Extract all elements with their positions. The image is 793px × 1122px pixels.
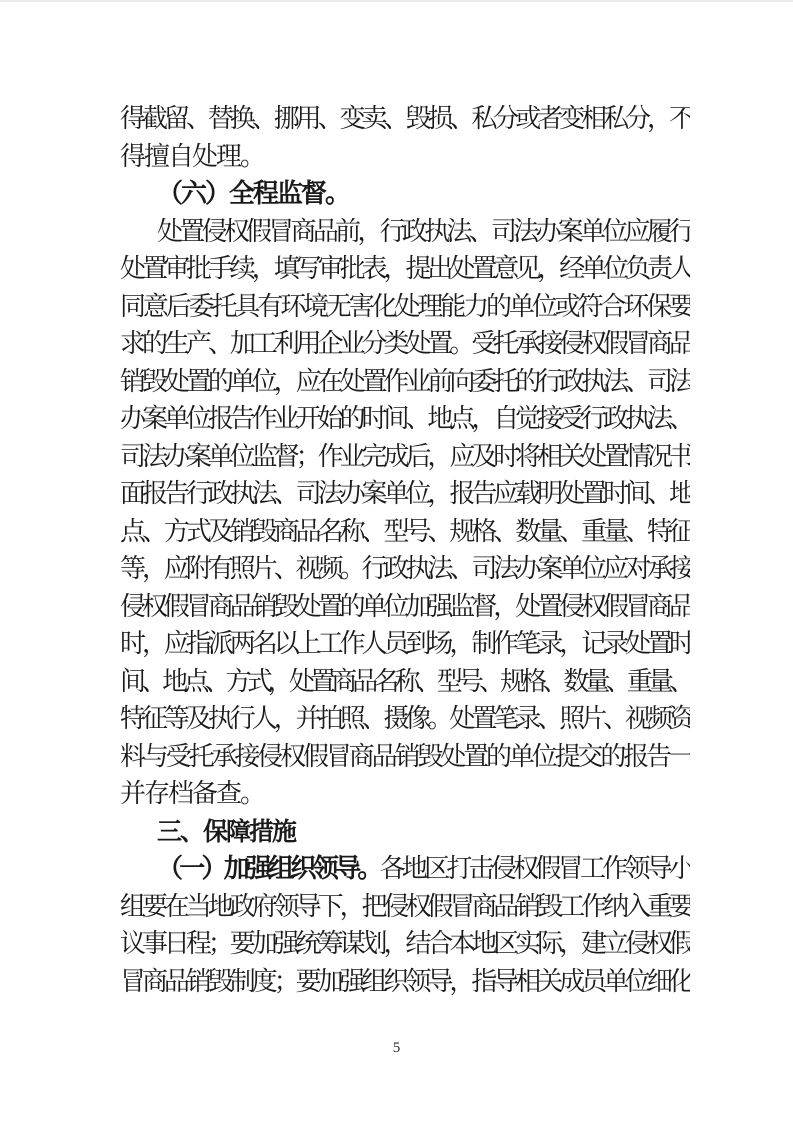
text-run: 司法办案单位监督；作业完成后，应及时将相关处置情况书 [120,442,690,471]
text-line: 侵权假冒商品销毁处置的单位加强监督，处置侵权假冒商品 [120,588,690,626]
text-run: 料与受托承接侵权假冒商品销毁处置的单位提交的报告一 [120,742,690,771]
document-page: 得截留、替换、挪用、变卖、毁损、私分或者变相私分，不得擅自处理。（六）全程监督。… [0,0,793,1122]
text-run: 得截留、替换、挪用、变卖、毁损、私分或者变相私分，不 [120,104,690,133]
heading-text-run: 三、保障措施 [157,818,295,846]
text-line: 面报告行政执法、司法办案单位，报告应载明处置时间、地 [120,475,690,513]
text-run: 销毁处置的单位，应在处置作业前向委托的行政执法、司法 [120,367,690,396]
text-line: 销毁处置的单位，应在处置作业前向委托的行政执法、司法 [120,363,690,401]
text-line: 料与受托承接侵权假冒商品销毁处置的单位提交的报告一 [120,738,690,776]
text-run: 同意后委托具有环境无害化处理能力的单位或符合环保要 [120,292,690,321]
page-number: 5 [0,1038,793,1058]
text-run: 处置审批手续，填写审批表，提出处置意见，经单位负责人 [120,254,690,283]
text-run: 时，应指派两名以上工作人员到场，制作笔录，记录处置时 [120,629,690,658]
text-line: 得截留、替换、挪用、变卖、毁损、私分或者变相私分，不 [120,100,690,138]
text-line: 特征等及执行人，并拍照、摄像。处置笔录、照片、视频资 [120,700,690,738]
text-run: 办案单位报告作业开始的时间、地点，自觉接受行政执法、 [120,404,690,433]
text-line: 冒商品销毁制度；要加强组织领导，指导相关成员单位细化 [120,963,690,1001]
text-run: 面报告行政执法、司法办案单位，报告应载明处置时间、地 [120,479,690,508]
text-line: 办案单位报告作业开始的时间、地点，自觉接受行政执法、 [120,400,690,438]
text-line: 间、地点、方式，处置商品名称、型号、规格、数量、重量、 [120,663,690,701]
text-line: 司法办案单位监督；作业完成后，应及时将相关处置情况书 [120,438,690,476]
text-line: 点、方式及销毁商品名称、型号、规格、数量、重量、特征 [120,513,690,551]
text-run: 间、地点、方式，处置商品名称、型号、规格、数量、重量、 [120,667,690,696]
text-run: 议事日程；要加强统筹谋划，结合本地区实际，建立侵权假 [120,929,690,958]
text-line: 求的生产、加工利用企业分类处置。受托承接侵权假冒商品 [120,325,690,363]
text-line: 处置审批手续，填写审批表，提出处置意见，经单位负责人 [120,250,690,288]
text-run: 得擅自处理。 [120,142,264,171]
text-run: 处置侵权假冒商品前，行政执法、司法办案单位应履行 [157,217,690,246]
text-run: 各地区打击侵权假冒工作领导小 [380,854,690,883]
text-line: 同意后委托具有环境无害化处理能力的单位或符合环保要 [120,288,690,326]
subsection-heading: （六）全程监督。 [120,175,690,213]
text-run: 等，应附有照片、视频。行政执法、司法办案单位应对承接 [120,554,690,583]
text-line: 处置侵权假冒商品前，行政执法、司法办案单位应履行 [120,213,690,251]
text-run: 组要在当地政府领导下，把侵权假冒商品销毁工作纳入重要 [120,892,690,921]
text-run: 特征等及执行人，并拍照、摄像。处置笔录、照片、视频资 [120,704,690,733]
text-run: 点、方式及销毁商品名称、型号、规格、数量、重量、特征 [120,517,690,546]
text-run: 并存档备查。 [120,779,264,808]
text-line: 等，应附有照片、视频。行政执法、司法办案单位应对承接 [120,550,690,588]
text-line: （一）加强组织领导。各地区打击侵权假冒工作领导小 [120,850,690,888]
text-run: 冒商品销毁制度；要加强组织领导，指导相关成员单位细化 [120,967,690,996]
text-run: 求的生产、加工利用企业分类处置。受托承接侵权假冒商品 [120,329,690,358]
document-text-block: 得截留、替换、挪用、变卖、毁损、私分或者变相私分，不得擅自处理。（六）全程监督。… [120,100,690,1000]
heading-text-run: （一）加强组织领导。 [157,854,380,883]
text-line: 并存档备查。 [120,775,690,813]
text-run: 侵权假冒商品销毁处置的单位加强监督，处置侵权假冒商品 [120,592,690,621]
text-line: 时，应指派两名以上工作人员到场，制作笔录，记录处置时 [120,625,690,663]
text-line: 得擅自处理。 [120,138,690,176]
text-line: 议事日程；要加强统筹谋划，结合本地区实际，建立侵权假 [120,925,690,963]
text-line: 组要在当地政府领导下，把侵权假冒商品销毁工作纳入重要 [120,888,690,926]
section-heading: 三、保障措施 [120,813,690,851]
heading-text-run: （六）全程监督。 [157,179,349,208]
